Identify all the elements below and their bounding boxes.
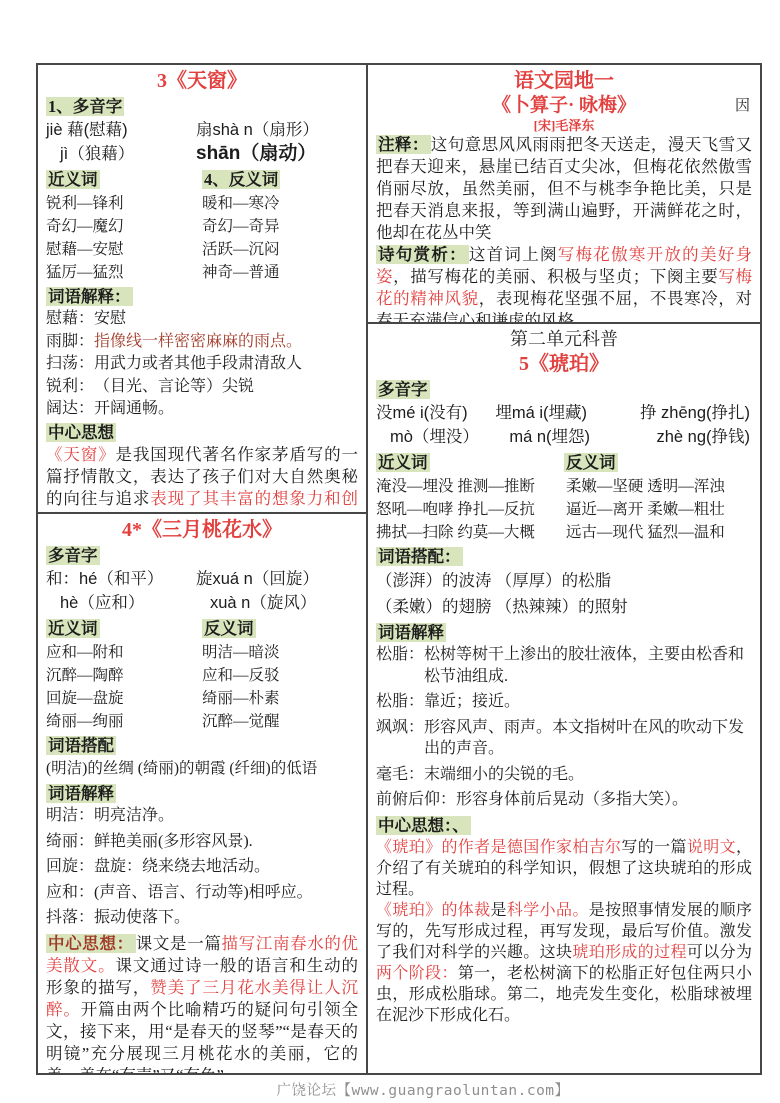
- synonym-label: 近义词: [46, 170, 100, 189]
- sixiang-label: 中心思想: [46, 423, 116, 442]
- list-item: 猛厉—猛烈: [46, 261, 202, 284]
- jieshi-label-row: 词语解释：: [46, 286, 358, 307]
- dapei-label: 词语搭配: [46, 736, 116, 755]
- definition-row: 明洁：明亮洁净。: [46, 805, 358, 827]
- text-segment: 两个阶段：: [376, 965, 458, 982]
- list-item: 回旋—盘旋: [46, 687, 202, 710]
- pinyin-cell: jì（狼藉）: [46, 142, 196, 166]
- definition-row: 回旋：盘旋：绕来绕去地活动。: [46, 856, 358, 878]
- list-item: 暖和—寒冷: [202, 192, 358, 215]
- synonym-list: 淹没—埋没 推测—推断怒吼—咆哮 挣扎—反抗拂拭—扫除 约莫—大概: [376, 475, 566, 544]
- section-taohuashui: 4*《三月桃花水》 多音字 和：hé（和平） 旋xuá n（回旋） hè（应和）…: [38, 512, 366, 1073]
- definition-text: （目光、言论等）尖锐: [94, 376, 358, 398]
- central-idea-paragraph-1: 《琥珀》的作者是德国作家柏吉尔写的一篇说明文，介绍了有关琥珀的科学知识，假想了这…: [376, 837, 752, 900]
- definition-text: 盘旋：绕来绕去地活动。: [94, 856, 358, 878]
- section-yuandi: 语文园地一 《卜算子· 咏梅》 [宋]毛泽东 注释：这句意思风风雨雨把冬天送走，…: [368, 65, 760, 322]
- central-idea-paragraph: 中心思想：课文是一篇描写江南春水的优美散文。课文通过诗一般的语言和生动的形象的描…: [46, 933, 358, 1074]
- text-segment: 课文是一篇: [136, 934, 222, 953]
- word-pairs: 应和—附和沉醉—陶醉回旋—盘旋绮丽—绚丽 明洁—暗淡应和—反驳绮丽—朴素沉醉—觉…: [46, 641, 358, 733]
- list-item: 淹没—埋没 推测—推断: [376, 475, 566, 498]
- duoyinzi-label: 1、多音字: [46, 97, 124, 116]
- definition-row: 飒飒：形容风声、雨声。本文指树叶在风的吹动下发出的声音。: [376, 717, 752, 760]
- annotation-paragraph: 注释：这句意思风风雨雨把冬天送走，漫天飞雪又把春天迎来，悬崖已结百丈尖冰，但梅花…: [376, 134, 752, 244]
- definition-row: 阔达：开阔通畅。: [46, 398, 358, 420]
- jieshi-label: 词语解释：: [46, 287, 133, 306]
- section-tianchuang: 3《天窗》 1、多音字 jiè 藉(慰藉) 扇shà n（扇形） jì（狼藉） …: [38, 65, 366, 512]
- list-item: 怒吼—咆哮 挣扎—反抗: [376, 498, 566, 521]
- list-item: 应和—附和: [46, 641, 202, 664]
- definition-text: 用武力或者其他手段肃清敌人: [94, 353, 358, 375]
- definition-text: 开阔通畅。: [94, 398, 358, 420]
- definition-term: 明洁：: [46, 805, 94, 827]
- pinyin-cell: zhè ng(挣钱): [615, 425, 752, 449]
- text-segment: 是: [491, 902, 507, 919]
- definition-text: 鲜艳美丽(多形容风景).: [94, 831, 358, 853]
- definition-term: 飒飒：: [376, 717, 424, 760]
- pinyin-cell: 没mé i(没有): [376, 401, 495, 425]
- pinyin-cell: mò（埋没）: [376, 425, 495, 449]
- antonym-list: 明洁—暗淡应和—反驳绮丽—朴素沉醉—觉醒: [202, 641, 358, 733]
- list-item: 明洁—暗淡: [202, 641, 358, 664]
- word-pairs: 淹没—埋没 推测—推断怒吼—咆哮 挣扎—反抗拂拭—扫除 约莫—大概 柔嫩—坚硬 …: [376, 475, 752, 544]
- synonym-list: 应和—附和沉醉—陶醉回旋—盘旋绮丽—绚丽: [46, 641, 202, 733]
- definition-row: 毫毛：末端细小的尖锐的毛。: [376, 764, 752, 786]
- definition-term: 慰藉：: [46, 308, 94, 330]
- dapei-label-row: 词语搭配: [46, 735, 358, 756]
- list-item: （澎湃）的波涛 （厚厚）的松脂: [376, 568, 752, 594]
- text-segment: 开篇由两个比喻精巧的疑问句引领全文，接下来，用“是春天的竖琴”“是春天的明镜”充…: [46, 1000, 358, 1074]
- jieshi-label: 词语解释: [46, 784, 116, 803]
- annotation-text: 这句意思风风雨雨把冬天送走，漫天飞雪又把春天迎来，悬崖已结百丈尖冰，但梅花依然傲…: [376, 135, 752, 242]
- definition-term: 松脂：: [376, 644, 424, 687]
- definition-text: 指像线一样密密麻麻的雨点。: [94, 331, 358, 353]
- definition-term: 锐利：: [46, 376, 94, 398]
- word-definitions: 慰藉：安慰雨脚：指像线一样密密麻麻的雨点。扫荡：用武力或者其他手段肃清敌人锐利：…: [46, 308, 358, 420]
- unit-title: 第二单元科普: [376, 327, 752, 351]
- list-item: 神奇—普通: [202, 261, 358, 284]
- stray-corner-char: 因: [735, 94, 750, 115]
- duoyinzi-label-row: 多音字: [376, 379, 752, 400]
- synonym-antonym-labels: 近义词 4、反义词: [46, 169, 358, 190]
- definition-term: 松脂：: [376, 691, 424, 713]
- list-item: 沉醉—陶醉: [46, 664, 202, 687]
- central-idea-paragraph: 《天窗》是我国现代著名作家茅盾写的一篇抒情散文，表达了孩子们对大自然奥秘的向往与…: [46, 444, 358, 513]
- definition-row: 雨脚：指像线一样密密麻麻的雨点。: [46, 331, 358, 353]
- word-pairs: 锐利—锋利奇幻—魔幻慰藉—安慰猛厉—猛烈 暖和—寒冷奇幻—奇异活跃—沉闷神奇—普…: [46, 192, 358, 284]
- annotation-label: 注释：: [376, 135, 431, 154]
- pinyin-table: 和：hé（和平） 旋xuá n（回旋） hè（应和） xuà n（旋风）: [46, 567, 358, 615]
- appreciation-label: 诗句赏析：: [376, 245, 469, 264]
- synonym-antonym-labels: 近义词 反义词: [46, 618, 358, 639]
- definition-row: 扫荡：用武力或者其他手段肃清敌人: [46, 353, 358, 375]
- dapei-label: 词语搭配：: [376, 547, 463, 566]
- definition-term: 回旋：: [46, 856, 94, 878]
- text-segment: 说明文: [687, 839, 736, 856]
- garden-title: 语文园地一: [376, 68, 752, 94]
- definition-text: 末端细小的尖锐的毛。: [424, 764, 752, 786]
- list-item: 柔嫩—坚硬 透明—浑浊: [566, 475, 752, 498]
- definition-text: 振动使落下。: [94, 907, 358, 929]
- list-item: 绮丽—绚丽: [46, 710, 202, 733]
- synonym-label: 近义词: [46, 619, 100, 638]
- text-segment: 《琥珀》的体裁: [376, 902, 491, 919]
- antonym-list: 柔嫩—坚硬 透明—浑浊逼近—离开 柔嫩—粗壮远古—现代 猛烈—温和: [566, 475, 752, 544]
- list-item: 奇幻—奇异: [202, 215, 358, 238]
- definition-row: 应和：(声音、语言、行动等)相呼应。: [46, 882, 358, 904]
- text-segment: 《天窗》: [46, 445, 116, 464]
- watermark: 广饶论坛【www.guangraoluntan.com】: [0, 1079, 780, 1100]
- synonym-label: 近义词: [376, 453, 430, 472]
- pinyin-table: 没mé i(没有) 埋má i(埋藏) 挣 zhēng(挣扎) mò（埋没） m…: [376, 401, 752, 449]
- pinyin-cell: 和：hé（和平）: [46, 567, 196, 591]
- text-segment: 琥珀形成的过程: [572, 944, 687, 961]
- appreciation-paragraph: 诗句赏析：这首词上阕写梅花傲寒开放的美好身姿，描写梅花的美丽、积极与坚贞；下阕主…: [376, 244, 752, 322]
- antonym-list: 暖和—寒冷奇幻—奇异活跃—沉闷神奇—普通: [202, 192, 358, 284]
- list-item: 沉醉—觉醒: [202, 710, 358, 733]
- definition-row: 前俯后仰：形容身体前后晃动（多指大笑）。: [376, 789, 752, 811]
- list-item: 逼近—离开 柔嫩—粗壮: [566, 498, 752, 521]
- synonym-list: 锐利—锋利奇幻—魔幻慰藉—安慰猛厉—猛烈: [46, 192, 202, 284]
- definition-text: 安慰: [94, 308, 358, 330]
- list-item: 奇幻—魔幻: [46, 215, 202, 238]
- list-item: 活跃—沉闷: [202, 238, 358, 261]
- definition-row: 抖落：振动使落下。: [46, 907, 358, 929]
- definition-row: 松脂：松树等树干上渗出的胶壮液体，主要由松香和松节油组成.: [376, 644, 752, 687]
- pinyin-cell: 埋má i(埋藏): [495, 401, 614, 425]
- pinyin-cell: shān（扇动）: [196, 142, 358, 166]
- document-page: 3《天窗》 1、多音字 jiè 藉(慰藉) 扇shà n（扇形） jì（狼藉） …: [0, 0, 780, 1103]
- lesson-title-tianchuang: 3《天窗》: [46, 68, 358, 94]
- antonym-label: 4、反义词: [202, 170, 280, 189]
- definition-text: 明亮洁净。: [94, 805, 358, 827]
- pinyin-cell: má n(埋怨): [495, 425, 614, 449]
- list-item: 锐利—锋利: [46, 192, 202, 215]
- definition-text: 形容风声、雨声。本文指树叶在风的吹动下发出的声音。: [424, 717, 752, 760]
- jieshi-label: 词语解释: [376, 623, 446, 642]
- sixiang-label-row: 中心思想: [46, 422, 358, 443]
- definition-row: 锐利：（目光、言论等）尖锐: [46, 376, 358, 398]
- poem-author: [宋]毛泽东: [376, 118, 752, 134]
- pinyin-cell: xuà n（旋风）: [196, 591, 358, 615]
- text-segment: 这首词上阕: [469, 245, 558, 264]
- pinyin-table: jiè 藉(慰藉) 扇shà n（扇形） jì（狼藉） shān（扇动）: [46, 118, 358, 166]
- left-column: 3《天窗》 1、多音字 jiè 藉(慰藉) 扇shà n（扇形） jì（狼藉） …: [38, 65, 368, 1073]
- notes-table: 3《天窗》 1、多音字 jiè 藉(慰藉) 扇shà n（扇形） jì（狼藉） …: [36, 63, 762, 1075]
- pinyin-cell: 旋xuá n（回旋）: [196, 567, 358, 591]
- sixiang-label-row: 中心思想：、: [376, 815, 752, 836]
- definition-text: (声音、语言、行动等)相呼应。: [94, 882, 358, 904]
- pinyin-cell: 挣 zhēng(挣扎): [615, 401, 752, 425]
- sixiang-label: 中心思想：、: [376, 816, 471, 835]
- list-item: 远古—现代 猛烈—温和: [566, 521, 752, 544]
- duoyinzi-label: 多音字: [376, 380, 430, 399]
- pinyin-cell: hè（应和）: [46, 591, 196, 615]
- definition-term: 抖落：: [46, 907, 94, 929]
- dapei-label-row: 词语搭配：: [376, 546, 752, 567]
- collocation-list: （澎湃）的波涛 （厚厚）的松脂（柔嫩）的翅膀 （热辣辣）的照射: [376, 568, 752, 620]
- definition-row: 绮丽：鲜艳美丽(多形容风景).: [46, 831, 358, 853]
- duoyinzi-label-row: 1、多音字: [46, 96, 358, 117]
- definition-term: 应和：: [46, 882, 94, 904]
- text-segment: 《琥珀》的作者是德国作家柏吉尔: [376, 839, 621, 856]
- word-definitions: 明洁：明亮洁净。绮丽：鲜艳美丽(多形容风景).回旋：盘旋：绕来绕去地活动。应和：…: [46, 805, 358, 929]
- text-segment: ，描写梅花的美丽、积极与坚贞；下阕主要: [393, 267, 718, 286]
- lesson-title-taohuashui: 4*《三月桃花水》: [46, 517, 358, 543]
- definition-term: 扫荡：: [46, 353, 94, 375]
- definition-term: 阔达：: [46, 398, 94, 420]
- collocation-line: (明洁)的丝绸 (绮丽)的朝霞 (纤细)的低语: [46, 757, 358, 781]
- word-definitions: 松脂：松树等树干上渗出的胶壮液体，主要由松香和松节油组成.松脂：靠近；接近。飒飒…: [376, 644, 752, 811]
- definition-text: 松树等树干上渗出的胶壮液体，主要由松香和松节油组成.: [424, 644, 752, 687]
- text-segment: 可以分为: [687, 944, 752, 961]
- list-item: 应和—反驳: [202, 664, 358, 687]
- definition-text: 形容身体前后晃动（多指大笑）。: [456, 789, 752, 811]
- definition-term: 前俯后仰：: [376, 789, 456, 811]
- list-item: 拂拭—扫除 约莫—大概: [376, 521, 566, 544]
- central-idea-paragraph-2: 《琥珀》的体裁是科学小品。是按照事情发展的顺序写的，先写形成过程，再写发现，最后…: [376, 900, 752, 1026]
- list-item: 绮丽—朴素: [202, 687, 358, 710]
- definition-term: 毫毛：: [376, 764, 424, 786]
- definition-term: 绮丽：: [46, 831, 94, 853]
- list-item: （柔嫩）的翅膀 （热辣辣）的照射: [376, 594, 752, 620]
- pinyin-cell: 扇shà n（扇形）: [196, 118, 358, 142]
- text-segment: 科学小品。: [507, 902, 589, 919]
- text-segment: 写的一篇: [621, 839, 686, 856]
- definition-text: 靠近；接近。: [424, 691, 752, 713]
- definition-row: 慰藉：安慰: [46, 308, 358, 330]
- poem-title: 《卜算子· 咏梅》: [376, 94, 752, 118]
- section-hupo: 第二单元科普 5《琥珀》 多音字 没mé i(没有) 埋má i(埋藏) 挣 z…: [368, 322, 760, 1073]
- jieshi-label-row: 词语解释: [46, 783, 358, 804]
- duoyinzi-label: 多音字: [46, 546, 100, 565]
- definition-row: 松脂：靠近；接近。: [376, 691, 752, 713]
- antonym-label: 反义词: [202, 619, 256, 638]
- synonym-antonym-labels: 近义词 反义词: [376, 452, 752, 473]
- list-item: 慰藉—安慰: [46, 238, 202, 261]
- definition-term: 雨脚：: [46, 331, 94, 353]
- sixiang-label: 中心思想：: [46, 934, 136, 953]
- pinyin-cell: jiè 藉(慰藉): [46, 118, 196, 142]
- right-column: 语文园地一 《卜算子· 咏梅》 [宋]毛泽东 注释：这句意思风风雨雨把冬天送走，…: [368, 65, 760, 1073]
- lesson-title-hupo: 5《琥珀》: [376, 351, 752, 377]
- jieshi-label-row: 词语解释: [376, 622, 752, 643]
- duoyinzi-label-row: 多音字: [46, 545, 358, 566]
- antonym-label: 反义词: [564, 453, 618, 472]
- central-idea-text: 课文是一篇描写江南春水的优美散文。课文通过诗一般的语言和生动的形象的描写，赞美了…: [46, 934, 358, 1074]
